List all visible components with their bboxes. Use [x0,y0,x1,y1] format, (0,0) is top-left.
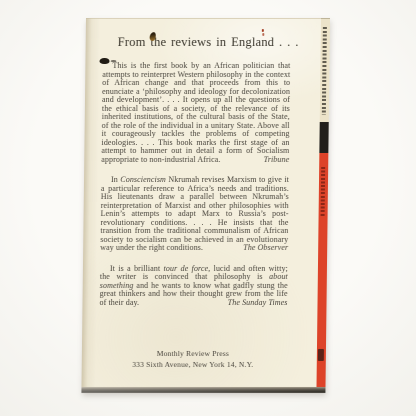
publisher-name: Monthly Review Press [99,348,287,359]
review-source: The Sunday Times [222,299,288,308]
publisher-address: 333 Sixth Avenue, New York 14, N.Y. [99,359,287,370]
ink-blot [99,58,109,64]
red-speck [262,29,264,32]
review-paragraph: In Consciencism Nkrumah revises Marxism … [100,176,289,253]
publisher-block: Monthly Review Press 333 Sixth Avenue, N… [99,348,287,370]
reviews-list: This is the first book by an African pol… [99,62,290,319]
spine-lettering-marks [321,167,326,217]
spine-black-band [319,122,328,153]
book-bottom-page-edge [81,387,325,393]
review-text: In Consciencism Nkrumah revises Marxism … [100,175,289,252]
spine-red-band [316,153,328,388]
review-text: This is the first book by an African pol… [101,61,290,164]
book: From the reviews in England . . . This i… [81,18,330,393]
spine-notch [318,349,324,361]
review-source: The Observer [237,244,288,253]
reviews-heading: From the reviews in England . . . [103,36,308,49]
review-paragraph: It is a brilliant tour de force, lucid a… [99,265,288,308]
spine-lettering-marks [322,27,327,115]
spine-top-lettering [320,18,330,122]
photo-background: From the reviews in England . . . This i… [0,0,416,416]
book-back-cover: From the reviews in England . . . This i… [81,18,321,389]
review-paragraph: This is the first book by an African pol… [101,62,290,164]
review-source: Tribune [258,156,290,165]
